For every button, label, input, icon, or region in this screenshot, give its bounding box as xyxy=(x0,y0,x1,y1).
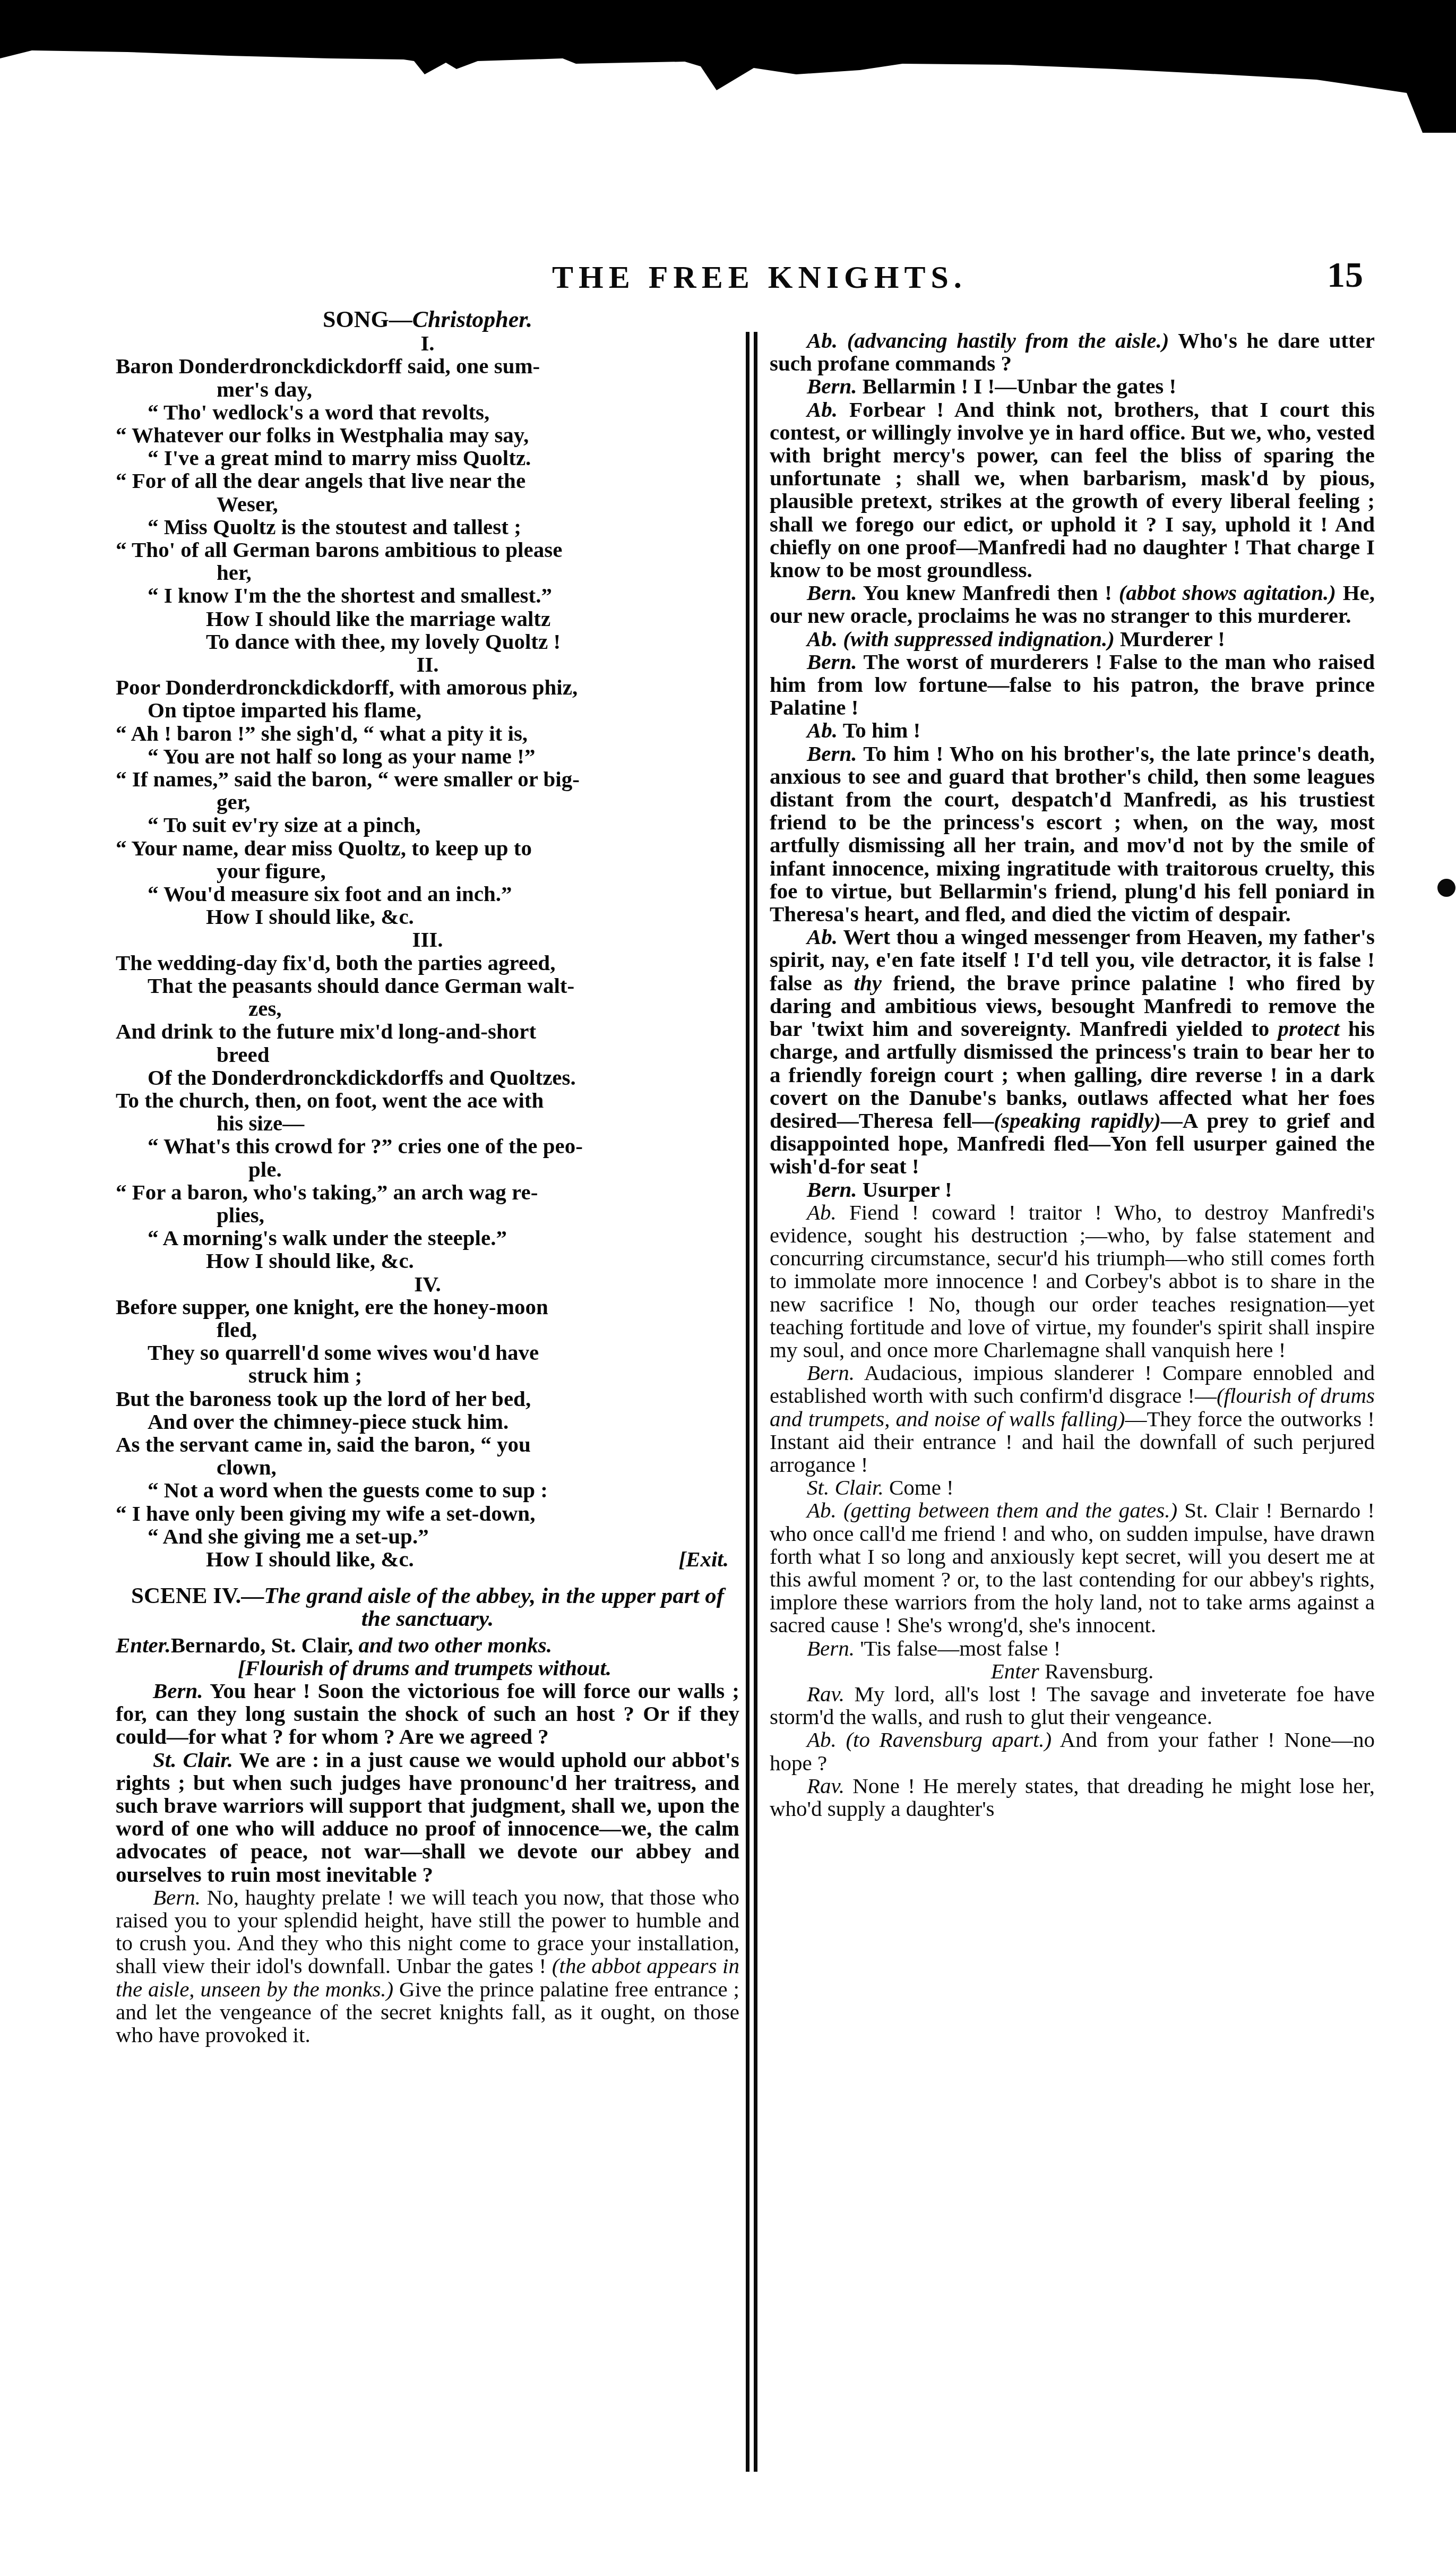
verse-text: On tiptoe imparted his flame, xyxy=(148,698,421,722)
entrance-names: Bernardo, St. Clair, xyxy=(171,1633,354,1657)
emphasis: thy xyxy=(854,971,882,995)
verse-text: “ Your name, dear miss Quoltz, to keep u… xyxy=(116,836,532,860)
verse-continuation: struck him ; xyxy=(148,1364,739,1387)
verse-text: “ Not a word when the guests come to sup… xyxy=(148,1478,548,1502)
verse-text: “ I know I'm the the shortest and smalle… xyxy=(148,583,552,607)
verse-line: “ I know I'm the the shortest and smalle… xyxy=(116,584,739,607)
verse-line: Before supper, one knight, ere the honey… xyxy=(116,1296,739,1341)
verse-line: How I should like, &c. xyxy=(116,905,739,928)
verse-line: To the church, then, on foot, went the a… xyxy=(116,1089,739,1135)
speech-text: Fiend ! coward ! traitor ! Who, to destr… xyxy=(770,1200,1375,1362)
verse-text: “ I have only been giving my wife a set-… xyxy=(116,1501,535,1526)
verse-text: That the peasants should dance German wa… xyxy=(148,973,574,998)
speaker-name: Rav. xyxy=(807,1773,845,1798)
verse-line: “ Not a word when the guests come to sup… xyxy=(116,1479,739,1502)
speaker-name: St. Clair. xyxy=(153,1747,233,1772)
left-column: SONG—Christopher. I.Baron Donderdronckdi… xyxy=(116,308,739,2046)
entrance-prefix: Enter. xyxy=(116,1633,171,1657)
entrance-suffix: and two other monks. xyxy=(359,1633,553,1657)
verse-text: As the servant came in, said the baron, … xyxy=(116,1432,531,1456)
verse-continuation: clown, xyxy=(116,1456,739,1479)
verse-text: “ For of all the dear angels that live n… xyxy=(116,468,525,493)
verse-line: And drink to the future mix'd long-and-s… xyxy=(116,1020,739,1066)
dialogue-paragraph: Bern. 'Tis false—most false ! xyxy=(770,1637,1375,1660)
verse-text: “ Tho' wedlock's a word that revolts, xyxy=(148,400,489,424)
verse-text: But the baroness took up the lord of her… xyxy=(116,1386,531,1411)
dialogue-paragraph: Bern. Usurper ! xyxy=(770,1178,1375,1201)
song-title: SONG—Christopher. xyxy=(116,308,739,331)
speaker-name: Bern. xyxy=(807,649,857,674)
verse-line: Baron Donderdronckdickdorff said, one su… xyxy=(116,355,739,400)
dialogue-paragraph: Ab. (with suppressed indignation.) Murde… xyxy=(770,628,1375,650)
speaker-name: Ab. xyxy=(807,1200,837,1224)
dialogue-paragraph: Bern. You hear ! Soon the victorious foe… xyxy=(116,1680,739,1749)
verse-line: “ A morning's walk under the steeple.” xyxy=(116,1227,739,1249)
speaker-name: Bern. xyxy=(807,741,857,766)
ink-blot xyxy=(1437,879,1455,897)
speech-text: You hear ! Soon the victorious foe will … xyxy=(116,1678,739,1749)
dialogue-paragraph: Bern. Bellarmin ! I !—Unbar the gates ! xyxy=(770,375,1375,398)
song-stanzas: I.Baron Donderdronckdickdorff said, one … xyxy=(116,332,739,1548)
verse-line: “ You are not half so long as your name … xyxy=(116,745,739,768)
stage-direction: (getting between them and the gates.) xyxy=(843,1498,1177,1522)
scene-heading: SCENE IV.—The grand aisle of the abbey, … xyxy=(116,1584,739,1630)
entrance-line: Enter.Bernardo, St. Clair, and two other… xyxy=(116,1634,739,1657)
verse-continuation: your figure, xyxy=(116,860,739,882)
final-refrain-line: How I should like, &c. [Exit. xyxy=(116,1548,739,1571)
dialogue-paragraph: Bern. You knew Manfredi then ! (abbot sh… xyxy=(770,581,1375,627)
speaker-name: Bern. xyxy=(807,580,857,605)
dialogue-paragraph: Bern. Audacious, impious slanderer ! Com… xyxy=(770,1361,1375,1476)
scene-number: SCENE IV.— xyxy=(131,1583,264,1608)
verse-line: And over the chimney-piece stuck him. xyxy=(116,1410,739,1433)
verse-continuation: zes, xyxy=(148,997,739,1020)
speaker-name: Ab. xyxy=(807,718,838,742)
verse-text: To the church, then, on foot, went the a… xyxy=(116,1088,544,1112)
emphasis: protect xyxy=(1278,1016,1340,1041)
verse-text: “ Tho' of all German barons ambitious to… xyxy=(116,537,562,562)
verse-text: “ What's this crowd for ?” cries one of … xyxy=(148,1134,583,1158)
entrance-prefix: Enter xyxy=(991,1659,1039,1683)
refrain: How I should like, &c. xyxy=(206,1548,414,1571)
verse-text: And drink to the future mix'd long-and-s… xyxy=(116,1019,536,1043)
speaker-name: Ab. xyxy=(807,627,838,651)
dialogue-paragraph: Ab. (getting between them and the gates.… xyxy=(770,1499,1375,1636)
verse-continuation: Weser, xyxy=(116,493,739,516)
verse-line: The wedding-day fix'd, both the parties … xyxy=(116,952,739,974)
scene-setting: The grand aisle of the abbey, in the upp… xyxy=(264,1583,724,1631)
speech-text: My lord, all's lost ! The savage and inv… xyxy=(770,1682,1375,1729)
speech-text: To him ! Who on his brother's, the late … xyxy=(770,741,1375,926)
right-column: Ab. (advancing hastily from the aisle.) … xyxy=(770,329,1375,1820)
verse-line: How I should like the marriage waltz xyxy=(116,607,739,630)
verse-text: Of the Donderdronckdickdorffs and Quoltz… xyxy=(148,1065,576,1090)
verse-text: To dance with thee, my lovely Quoltz ! xyxy=(206,629,561,654)
verse-text: How I should like the marriage waltz xyxy=(206,606,550,631)
speech-text: Come ! xyxy=(889,1475,954,1500)
verse-line: Poor Donderdronckdickdorff, with amorous… xyxy=(116,676,739,699)
stage-direction: (advancing hastily from the aisle.) xyxy=(847,328,1169,353)
dialogue-paragraph: Ab. To him ! xyxy=(770,719,1375,742)
verse-line: “ Whatever our folks in Westphalia may s… xyxy=(116,424,739,447)
verse-line: “ And she giving me a set-up.” xyxy=(116,1525,739,1548)
verse-continuation: fled, xyxy=(116,1318,739,1341)
speaker-name: Rav. xyxy=(807,1682,845,1706)
verse-continuation: her, xyxy=(116,561,739,584)
speaker-name: Ab. xyxy=(807,1727,837,1752)
column-divider-rule-left xyxy=(746,332,749,2472)
song-singer: Christopher. xyxy=(412,306,532,332)
dialogue-paragraph: Ab. Forbear ! And think not, brothers, t… xyxy=(770,398,1375,582)
verse-text: The wedding-day fix'd, both the parties … xyxy=(116,950,555,975)
speaker-name: Bern. xyxy=(153,1678,203,1703)
verse-text: Poor Donderdronckdickdorff, with amorous… xyxy=(116,675,578,699)
verse-line: “ What's this crowd for ?” cries one of … xyxy=(116,1135,739,1180)
stanza-number: I. xyxy=(116,332,739,355)
stage-direction: (abbot shows agitation.) xyxy=(1119,580,1336,605)
verse-line: “ If names,” said the baron, “ were smal… xyxy=(116,768,739,813)
verse-text: They so quarrell'd some wives wou'd have xyxy=(148,1340,539,1365)
verse-line: That the peasants should dance German wa… xyxy=(116,974,739,1020)
stage-direction: (with suppressed indignation.) xyxy=(843,627,1114,651)
verse-line: “ Tho' of all German barons ambitious to… xyxy=(116,538,739,584)
dialogue-paragraph: Ab. (advancing hastily from the aisle.) … xyxy=(770,329,1375,375)
verse-line: “ Ah ! baron !” she sigh'd, “ what a pit… xyxy=(116,722,739,745)
verse-line: Of the Donderdronckdickdorffs and Quoltz… xyxy=(116,1066,739,1089)
dialogue-paragraph: St. Clair. We are : in a just cause we w… xyxy=(116,1749,739,1886)
verse-text: Baron Donderdronckdickdorff said, one su… xyxy=(116,354,540,378)
dialogue-paragraph: Ab. (to Ravensburg apart.) And from your… xyxy=(770,1728,1375,1774)
song-label: SONG— xyxy=(323,306,412,332)
speech-text: To him ! xyxy=(843,718,921,742)
speaker-name: Ab. xyxy=(807,924,838,949)
column-divider-rule-right xyxy=(754,332,757,2472)
speech-text: Murderer ! xyxy=(1120,627,1225,651)
verse-continuation: plies, xyxy=(116,1204,739,1227)
speech-text: Usurper ! xyxy=(863,1177,952,1202)
dialogue-paragraph: Ab. Fiend ! coward ! traitor ! Who, to d… xyxy=(770,1201,1375,1361)
verse-line: How I should like, &c. xyxy=(116,1249,739,1272)
verse-text: “ A morning's walk under the steeple.” xyxy=(148,1226,507,1250)
dialogue-paragraph: Rav. None ! He merely states, that dread… xyxy=(770,1775,1375,1820)
speech-text: Bellarmin ! I !—Unbar the gates ! xyxy=(863,374,1176,398)
speaker-name: Ab. xyxy=(807,328,838,353)
speech-text: 'Tis false—most false ! xyxy=(860,1636,1061,1660)
scan-border-dark-edge xyxy=(0,0,1456,138)
speaker-name: Bern. xyxy=(807,1177,857,1202)
dialogue-paragraph: Bern. To him ! Who on his brother's, the… xyxy=(770,742,1375,926)
verse-text: “ You are not half so long as your name … xyxy=(148,744,535,768)
verse-text: “ If names,” said the baron, “ were smal… xyxy=(116,767,580,791)
verse-text: “ For a baron, who's taking,” an arch wa… xyxy=(116,1180,538,1204)
verse-line: “ For of all the dear angels that live n… xyxy=(116,469,739,515)
verse-text: “ And she giving me a set-up.” xyxy=(148,1524,429,1548)
verse-text: “ To suit ev'ry size at a pinch, xyxy=(148,812,421,837)
speaker-name: Bern. xyxy=(807,1360,855,1385)
verse-continuation: breed xyxy=(116,1043,739,1066)
verse-line: They so quarrell'd some wives wou'd have… xyxy=(116,1341,739,1387)
verse-continuation: his size— xyxy=(116,1112,739,1135)
verse-text: And over the chimney-piece stuck him. xyxy=(148,1409,509,1434)
verse-line: “ Tho' wedlock's a word that revolts, xyxy=(116,401,739,424)
stage-direction-flourish: [Flourish of drums and trumpets without. xyxy=(116,1657,739,1680)
speaker-name: St. Clair. xyxy=(807,1475,884,1500)
verse-text: “ Miss Quoltz is the stoutest and talles… xyxy=(148,515,521,539)
entrance-name: Ravensburg. xyxy=(1045,1659,1153,1683)
speech-text: Forbear ! And think not, brothers, that … xyxy=(770,397,1375,582)
exit-direction: [Exit. xyxy=(678,1548,729,1571)
dialogue-paragraph: Ab. Wert thou a winged messenger from He… xyxy=(770,926,1375,1178)
stanza-number: IV. xyxy=(116,1273,739,1296)
verse-text: “ Whatever our folks in Westphalia may s… xyxy=(116,423,529,447)
dialogue-paragraph: Rav. My lord, all's lost ! The savage an… xyxy=(770,1683,1375,1728)
verse-line: “ For a baron, who's taking,” an arch wa… xyxy=(116,1181,739,1227)
verse-line: “ I have only been giving my wife a set-… xyxy=(116,1502,739,1525)
speaker-name: Bern. xyxy=(807,1636,855,1660)
stanza-number: II. xyxy=(116,653,739,676)
stanza-number: III. xyxy=(116,928,739,951)
entrance-line: Enter Ravensburg. xyxy=(770,1660,1375,1683)
verse-continuation: ple. xyxy=(148,1158,739,1181)
dialogue-paragraph: Bern. No, haughty prelate ! we will teac… xyxy=(116,1886,739,2046)
stage-direction: (speaking rapidly) xyxy=(994,1108,1161,1133)
verse-line: On tiptoe imparted his flame, xyxy=(116,699,739,722)
verse-line: To dance with thee, my lovely Quoltz ! xyxy=(116,630,739,653)
verse-text: How I should like, &c. xyxy=(206,904,414,929)
speech-text: None ! He merely states, that dreading h… xyxy=(770,1773,1375,1821)
verse-line: “ I've a great mind to marry miss Quoltz… xyxy=(116,447,739,469)
speaker-name: Ab. xyxy=(807,1498,837,1522)
speaker-name: Ab. xyxy=(807,397,838,422)
page-number: 15 xyxy=(1327,254,1363,296)
running-title: THE FREE KNIGHTS. xyxy=(552,259,967,296)
stage-direction: (to Ravensburg apart.) xyxy=(846,1727,1052,1752)
verse-continuation: mer's day, xyxy=(116,378,739,401)
verse-line: “ Wou'd measure six foot and an inch.” xyxy=(116,882,739,905)
speaker-name: Bern. xyxy=(807,374,857,398)
speaker-name: Bern. xyxy=(153,1885,201,1909)
verse-text: How I should like, &c. xyxy=(206,1248,414,1273)
verse-text: “ Ah ! baron !” she sigh'd, “ what a pit… xyxy=(116,721,528,746)
verse-continuation: ger, xyxy=(116,791,739,813)
verse-line: “ To suit ev'ry size at a pinch, xyxy=(116,813,739,836)
dialogue-paragraph: Bern. The worst of murderers ! False to … xyxy=(770,650,1375,719)
verse-text: “ I've a great mind to marry miss Quoltz… xyxy=(148,445,531,470)
dialogue-paragraph: St. Clair. Come ! xyxy=(770,1476,1375,1499)
verse-line: “ Miss Quoltz is the stoutest and talles… xyxy=(116,516,739,538)
speech-text: You knew Manfredi then ! xyxy=(863,580,1112,605)
verse-text: “ Wou'd measure six foot and an inch.” xyxy=(148,881,512,906)
verse-line: As the servant came in, said the baron, … xyxy=(116,1433,739,1479)
verse-text: Before supper, one knight, ere the honey… xyxy=(116,1295,548,1319)
verse-line: But the baroness took up the lord of her… xyxy=(116,1387,739,1410)
speech-text: The worst of murderers ! False to the ma… xyxy=(770,649,1375,719)
verse-line: “ Your name, dear miss Quoltz, to keep u… xyxy=(116,837,739,882)
